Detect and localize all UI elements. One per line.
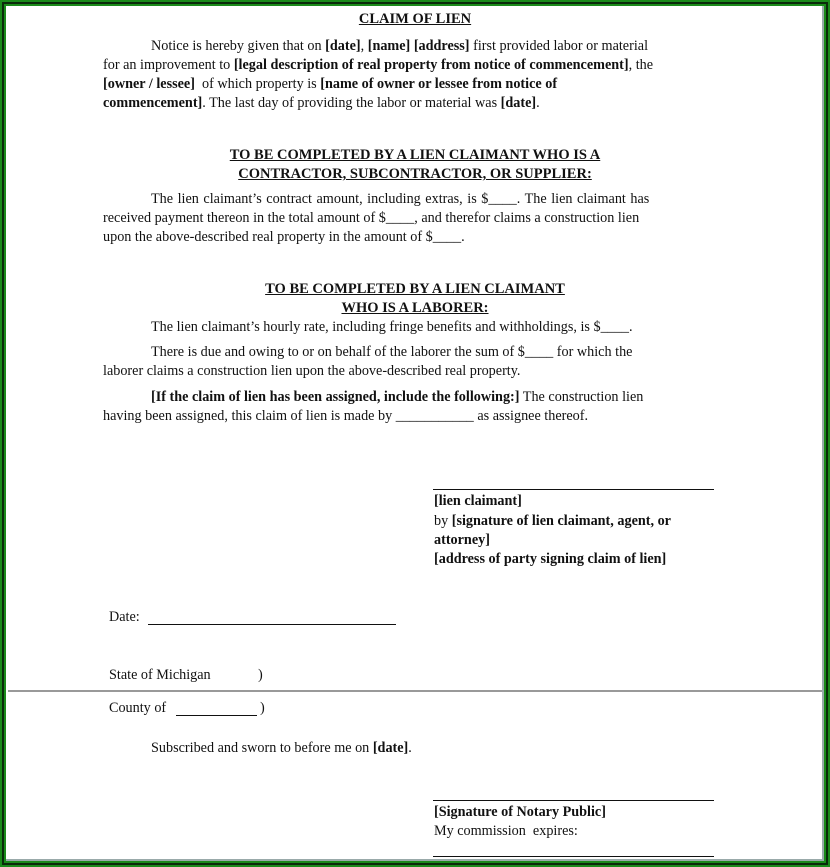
notice-line-2: for an improvement to [legal description… bbox=[103, 56, 653, 75]
laborer-line-3: laborer claims a construction lien upon … bbox=[103, 362, 520, 381]
text: [signature of lien claimant, agent, or bbox=[452, 513, 671, 529]
document-page bbox=[8, 8, 822, 859]
notice-line-3: [owner / lessee] of which property is [n… bbox=[103, 75, 557, 94]
contractor-heading-line-1: TO BE COMPLETED BY A LIEN CLAIMANT WHO I… bbox=[0, 146, 830, 165]
placeholder-commencement: commencement] bbox=[103, 95, 202, 111]
notary-signature-label: [Signature of Notary Public] bbox=[434, 803, 606, 822]
text: Subscribed and sworn to before me on bbox=[151, 740, 373, 756]
signature-attorney: attorney] bbox=[434, 531, 490, 550]
placeholder-name: [name] bbox=[368, 38, 411, 54]
state-paren: ) bbox=[258, 666, 263, 685]
text: by bbox=[434, 513, 452, 529]
contractor-line-1: The lien claimant’s contract amount, inc… bbox=[151, 190, 649, 209]
date-field-line[interactable] bbox=[148, 624, 396, 625]
county-paren: ) bbox=[260, 699, 265, 718]
placeholder-date: [date] bbox=[373, 740, 408, 756]
laborer-heading-line-2: WHO IS A LABORER: bbox=[0, 299, 830, 318]
text: . The last day of providing the labor or… bbox=[202, 95, 500, 111]
placeholder-owner-name: [name of owner or lessee from notice of bbox=[320, 76, 557, 92]
signature-lien-claimant: [lien claimant] bbox=[434, 492, 522, 511]
laborer-line-2: There is due and owing to or on behalf o… bbox=[151, 343, 632, 362]
sworn-statement: Subscribed and sworn to before me on [da… bbox=[151, 739, 412, 758]
contractor-heading-line-2: CONTRACTOR, SUBCONTRACTOR, OR SUPPLIER: bbox=[0, 165, 830, 184]
section-divider bbox=[8, 690, 822, 692]
placeholder-address: [address] bbox=[414, 38, 470, 54]
text: [lien claimant] bbox=[434, 493, 522, 509]
laborer-line-1: The lien claimant’s hourly rate, includi… bbox=[151, 318, 633, 337]
text: first provided labor or material bbox=[470, 38, 648, 54]
text: , the bbox=[629, 57, 653, 73]
notary-signature-line bbox=[433, 800, 714, 801]
document-title: CLAIM OF LIEN bbox=[0, 10, 830, 29]
notice-line-1: Notice is hereby given that on [date], [… bbox=[151, 37, 648, 56]
laborer-heading-line-1: TO BE COMPLETED BY A LIEN CLAIMANT bbox=[0, 280, 830, 299]
placeholder-legal-description: [legal description of real property from… bbox=[234, 57, 629, 73]
text: The construction lien bbox=[520, 389, 644, 405]
notary-commission-label: My commission expires: bbox=[434, 822, 578, 841]
placeholder-date: [date] bbox=[325, 38, 360, 54]
county-field-line[interactable] bbox=[176, 715, 257, 716]
placeholder-owner-lessee: [owner / lessee] bbox=[103, 76, 195, 92]
county-label: County of bbox=[109, 699, 166, 718]
signature-by-line: by [signature of lien claimant, agent, o… bbox=[434, 512, 671, 531]
contractor-line-3: upon the above-described real property i… bbox=[103, 228, 465, 247]
text: attorney] bbox=[434, 532, 490, 548]
assigned-instruction: [If the claim of lien has been assigned,… bbox=[151, 389, 520, 405]
laborer-line-5: having been assigned, this claim of lien… bbox=[103, 407, 588, 426]
text: , bbox=[361, 38, 368, 54]
text: of which property is bbox=[195, 76, 320, 92]
claimant-signature-line bbox=[433, 489, 714, 490]
state-label: State of Michigan bbox=[109, 666, 211, 685]
text: Notice is hereby given that on bbox=[151, 38, 325, 54]
contractor-line-2: received payment thereon in the total am… bbox=[103, 209, 639, 228]
signature-address: [address of party signing claim of lien] bbox=[434, 550, 666, 569]
commission-expiry-line[interactable] bbox=[433, 856, 714, 857]
notice-line-4: commencement]. The last day of providing… bbox=[103, 94, 540, 113]
text: . bbox=[408, 740, 412, 756]
placeholder-last-date: [date] bbox=[501, 95, 536, 111]
date-label: Date: bbox=[109, 608, 140, 627]
laborer-assigned-line: [If the claim of lien has been assigned,… bbox=[151, 388, 643, 407]
text: [address of party signing claim of lien] bbox=[434, 551, 666, 567]
text: . bbox=[536, 95, 540, 111]
text: for an improvement to bbox=[103, 57, 234, 73]
text: [Signature of Notary Public] bbox=[434, 804, 606, 820]
